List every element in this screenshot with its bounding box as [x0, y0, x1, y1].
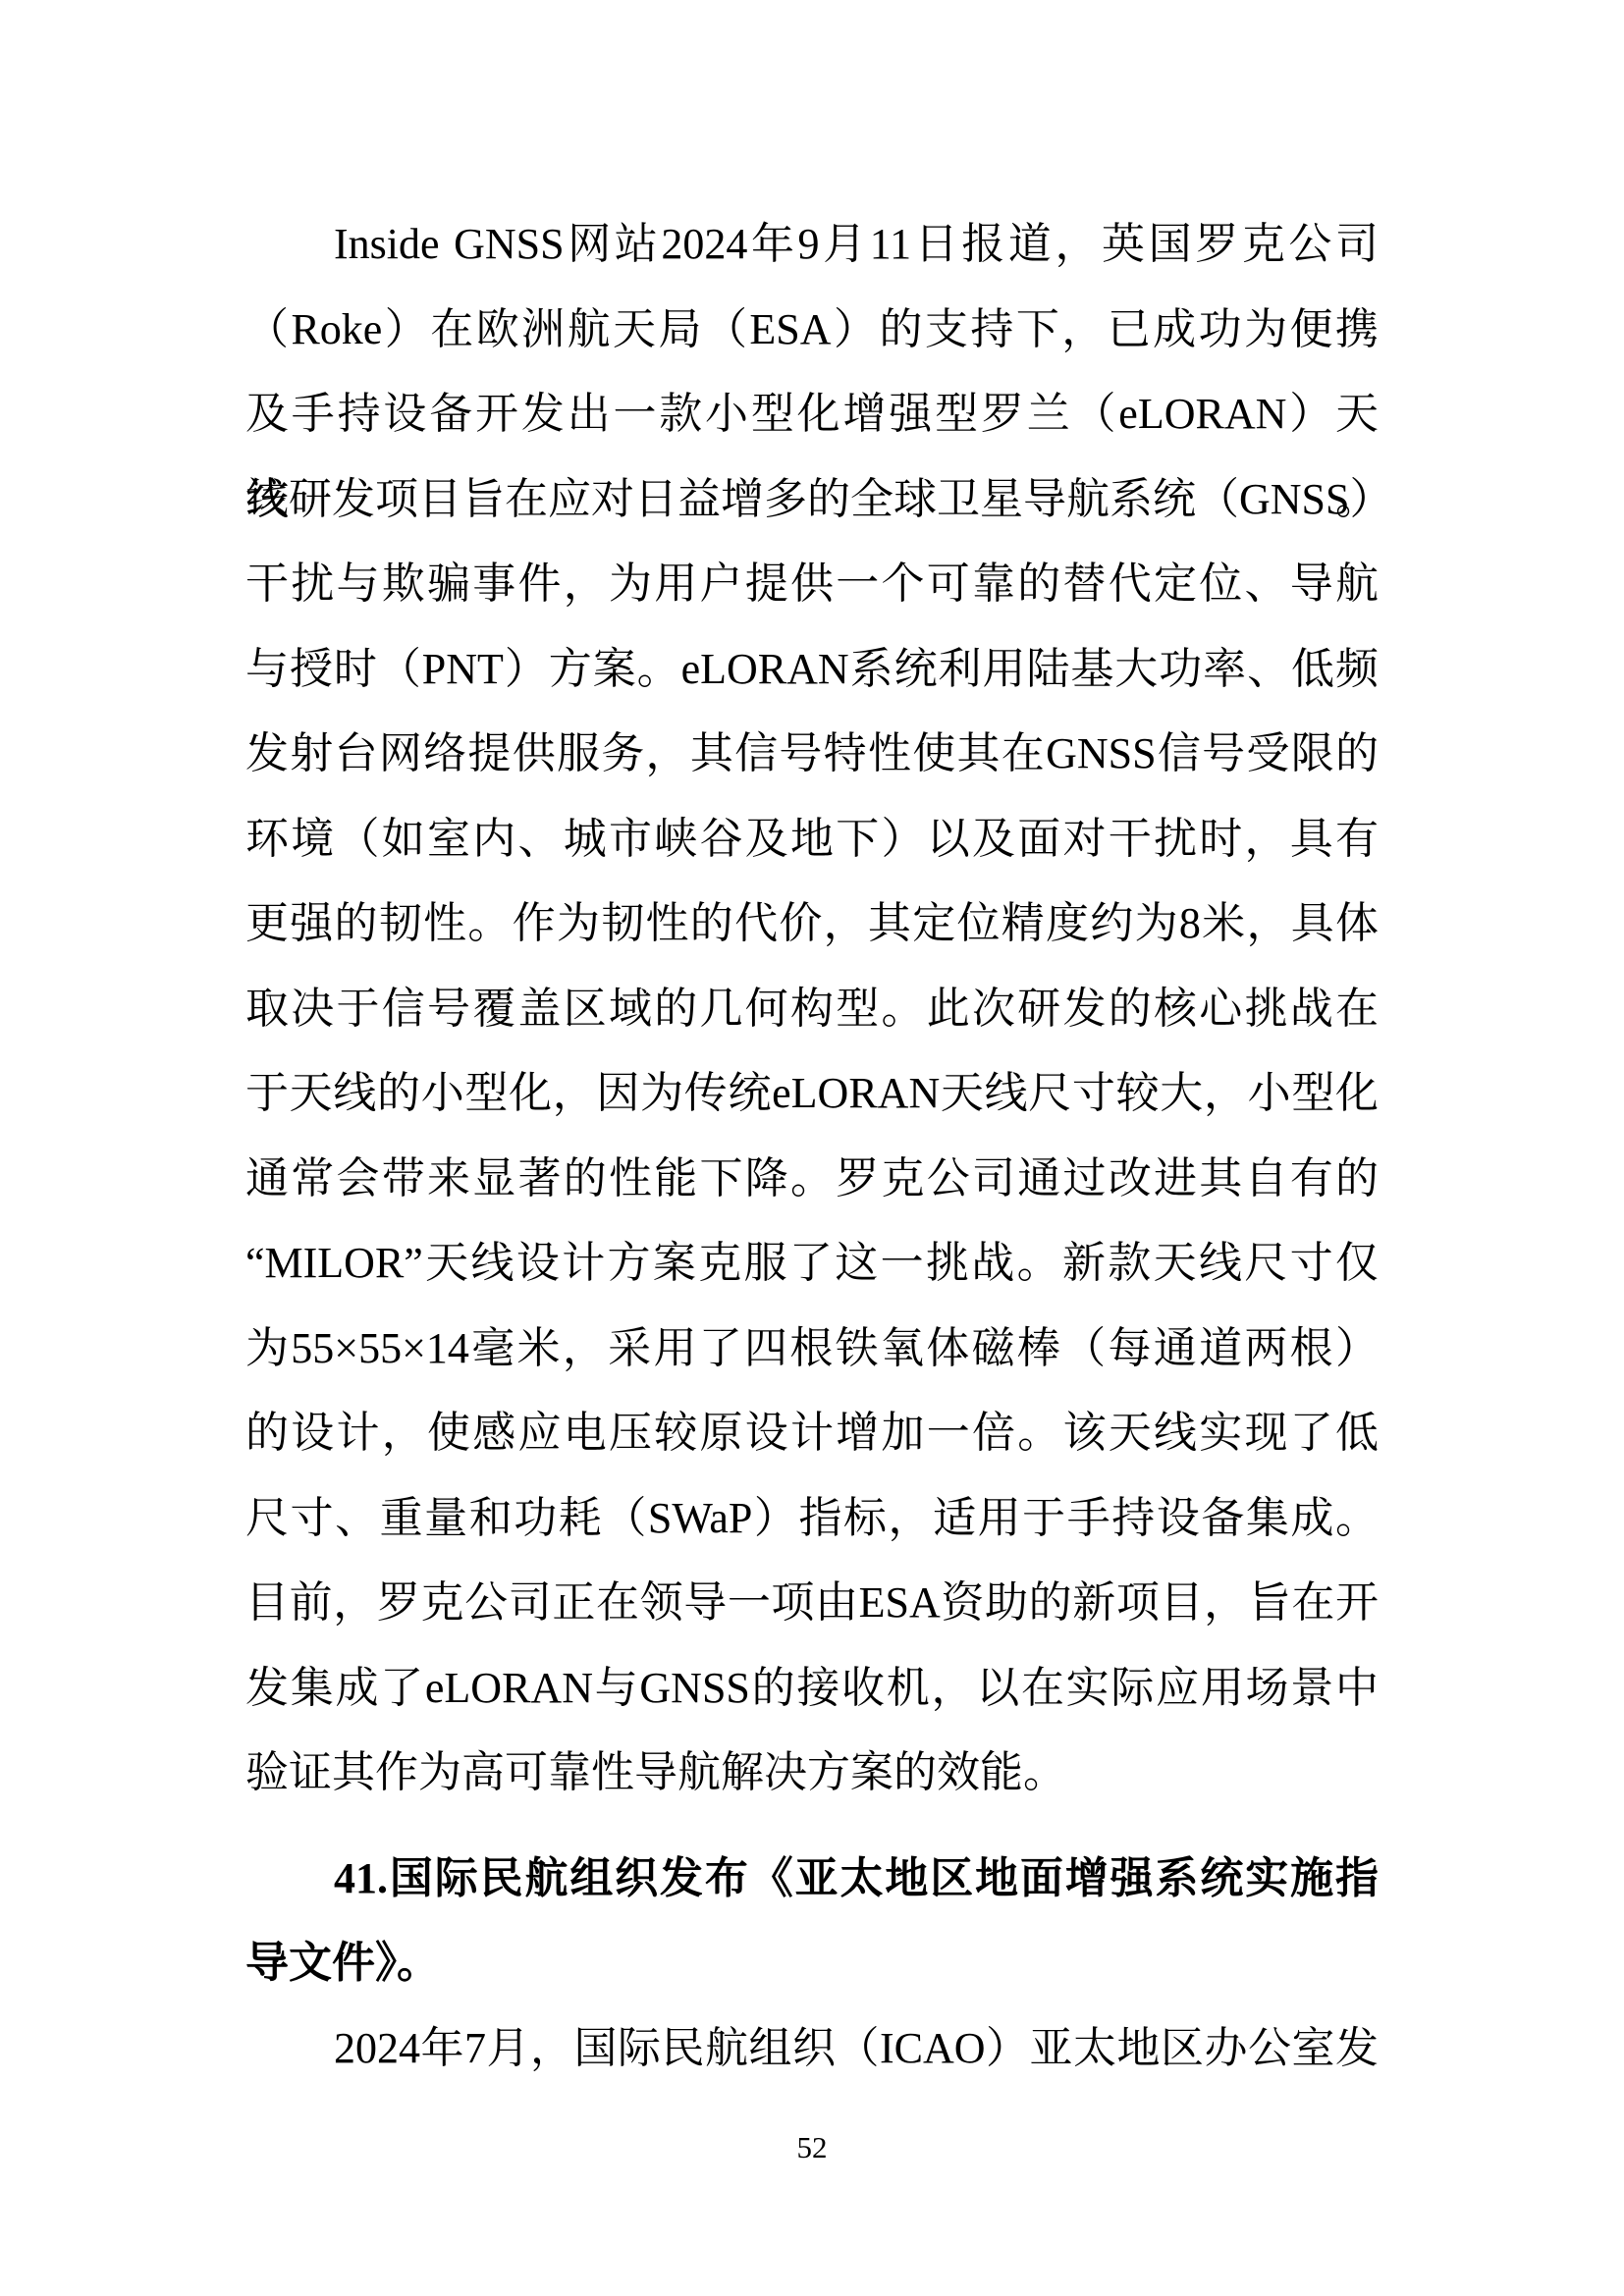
page-number: 52 — [0, 2128, 1624, 2167]
body-line: 的设计，使感应电压较原设计增加一倍。该天线实现了低 — [245, 1391, 1379, 1476]
body-line: 验证其作为高可靠性导航解决方案的效能。 — [245, 1731, 1379, 1816]
section-heading-line: 导文件》。 — [245, 1921, 1379, 2006]
body-line: 2024年7月，国际民航组织（ICAO）亚太地区办公室发 — [245, 2006, 1379, 2092]
body-line: 通常会带来显著的性能下降。罗克公司通过改进其自有的 — [245, 1137, 1379, 1222]
body-line: 及手持设备开发出一款小型化增强型罗兰（eLORAN）天线。 — [245, 372, 1379, 457]
body-line: （Roke）在欧洲航天局（ESA）的支持下，已成功为便携 — [245, 288, 1379, 373]
body-line: 发集成了eLORAN与GNSS的接收机，以在实际应用场景中 — [245, 1646, 1379, 1732]
document-page: Inside GNSS网站2024年9月11日报道，英国罗克公司 （Roke）在… — [0, 0, 1624, 2296]
section-heading-line: 41.国际民航组织发布《亚太地区地面增强系统实施指 — [245, 1837, 1379, 1922]
body-line: 于天线的小型化，因为传统eLORAN天线尺寸较大，小型化 — [245, 1051, 1379, 1137]
text-block: Inside GNSS网站2024年9月11日报道，英国罗克公司 （Roke）在… — [245, 202, 1379, 2091]
body-line: 取决于信号覆盖区域的几何构型。此次研发的核心挑战在 — [245, 967, 1379, 1052]
body-line: Inside GNSS网站2024年9月11日报道，英国罗克公司 — [245, 202, 1379, 288]
body-line: 该研发项目旨在应对日益增多的全球卫星导航系统（GNSS） — [245, 457, 1379, 543]
body-line: 环境（如室内、城市峡谷及地下）以及面对干扰时，具有 — [245, 797, 1379, 882]
body-line: 更强的韧性。作为韧性的代价，其定位精度约为8米，具体 — [245, 881, 1379, 967]
body-line: 干扰与欺骗事件，为用户提供一个可靠的替代定位、导航 — [245, 542, 1379, 627]
body-line: 发射台网络提供服务，其信号特性使其在GNSS信号受限的 — [245, 712, 1379, 797]
body-line: “MILOR”天线设计方案克服了这一挑战。新款天线尺寸仅 — [245, 1221, 1379, 1307]
body-line: 为55×55×14毫米，采用了四根铁氧体磁棒（每通道两根） — [245, 1307, 1379, 1392]
body-line: 尺寸、重量和功耗（SWaP）指标，适用于手持设备集成。 — [245, 1476, 1379, 1562]
body-line: 目前，罗克公司正在领导一项由ESA资助的新项目，旨在开 — [245, 1561, 1379, 1646]
body-line: 与授时（PNT）方案。eLORAN系统利用陆基大功率、低频 — [245, 627, 1379, 713]
